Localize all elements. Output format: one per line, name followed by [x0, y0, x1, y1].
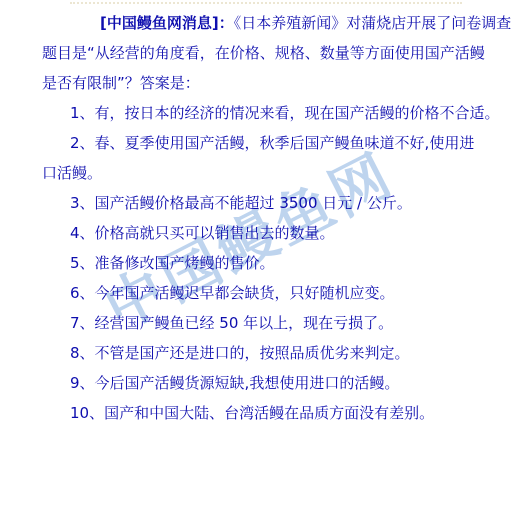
- answer-item-10: 10、国产和中国大陆、台湾活鳗在品质方面没有差别。: [42, 398, 482, 428]
- answer-item-5: 5、准备修改国产烤鳗的售价。: [42, 248, 482, 278]
- answer-item-7: 7、经营国产鳗鱼已经 50 年以上，现在亏损了。: [42, 308, 482, 338]
- answer-text: 8、不管是国产还是进口的，按照品质优劣来判定。: [42, 338, 482, 368]
- answer-item-2: 2、春、夏季使用国产活鳗，秋季后国产鳗鱼味道不好,使用进 口活鳗。: [42, 128, 482, 188]
- article-body: [中国鳗鱼网消息]：《日本养殖新闻》对蒲烧店开展了问卷调查， 题目是“从经营的角…: [42, 8, 482, 428]
- answer-text: 7、经营国产鳗鱼已经 50 年以上，现在亏损了。: [42, 308, 482, 338]
- answer-text: 3、国产活鳗价格最高不能超过 3500 日元 / 公斤。: [42, 188, 482, 218]
- answer-text: 9、今后国产活鳗货源短缺,我想使用进口的活鳗。: [42, 368, 482, 398]
- faint-dotted-divider: [70, 2, 462, 4]
- answer-item-1: 1、有，按日本的经济的情况来看，现在国产活鳗的价格不合适。: [42, 98, 482, 128]
- intro-paragraph: [中国鳗鱼网消息]：《日本养殖新闻》对蒲烧店开展了问卷调查， 题目是“从经营的角…: [42, 8, 482, 98]
- intro-source-label: [中国鳗鱼网消息]：: [100, 14, 234, 32]
- answer-text-cont: 口活鳗。: [42, 158, 482, 188]
- answer-item-9: 9、今后国产活鳗货源短缺,我想使用进口的活鳗。: [42, 368, 482, 398]
- answer-text: 2、春、夏季使用国产活鳗，秋季后国产鳗鱼味道不好,使用进: [42, 128, 482, 158]
- intro-line-1-text: 《日本养殖新闻》对蒲烧店开展了问卷调查，: [234, 14, 512, 32]
- intro-line-2: 题目是“从经营的角度看，在价格、规格、数量等方面使用国产活鳗: [42, 38, 482, 68]
- answer-text: 5、准备修改国产烤鳗的售价。: [42, 248, 482, 278]
- answer-text: 6、今年国产活鳗迟早都会缺货，只好随机应变。: [42, 278, 482, 308]
- intro-line-1: [中国鳗鱼网消息]：《日本养殖新闻》对蒲烧店开展了问卷调查，: [42, 8, 482, 38]
- intro-line-3: 是否有限制”？答案是：: [42, 68, 482, 98]
- answer-text: 4、价格高就只买可以销售出去的数量。: [42, 218, 482, 248]
- answer-item-3: 3、国产活鳗价格最高不能超过 3500 日元 / 公斤。: [42, 188, 482, 218]
- answer-text: 1、有，按日本的经济的情况来看，现在国产活鳗的价格不合适。: [42, 98, 482, 128]
- answer-text: 10、国产和中国大陆、台湾活鳗在品质方面没有差别。: [42, 398, 482, 428]
- answer-item-8: 8、不管是国产还是进口的，按照品质优劣来判定。: [42, 338, 482, 368]
- answer-item-4: 4、价格高就只买可以销售出去的数量。: [42, 218, 482, 248]
- answer-item-6: 6、今年国产活鳗迟早都会缺货，只好随机应变。: [42, 278, 482, 308]
